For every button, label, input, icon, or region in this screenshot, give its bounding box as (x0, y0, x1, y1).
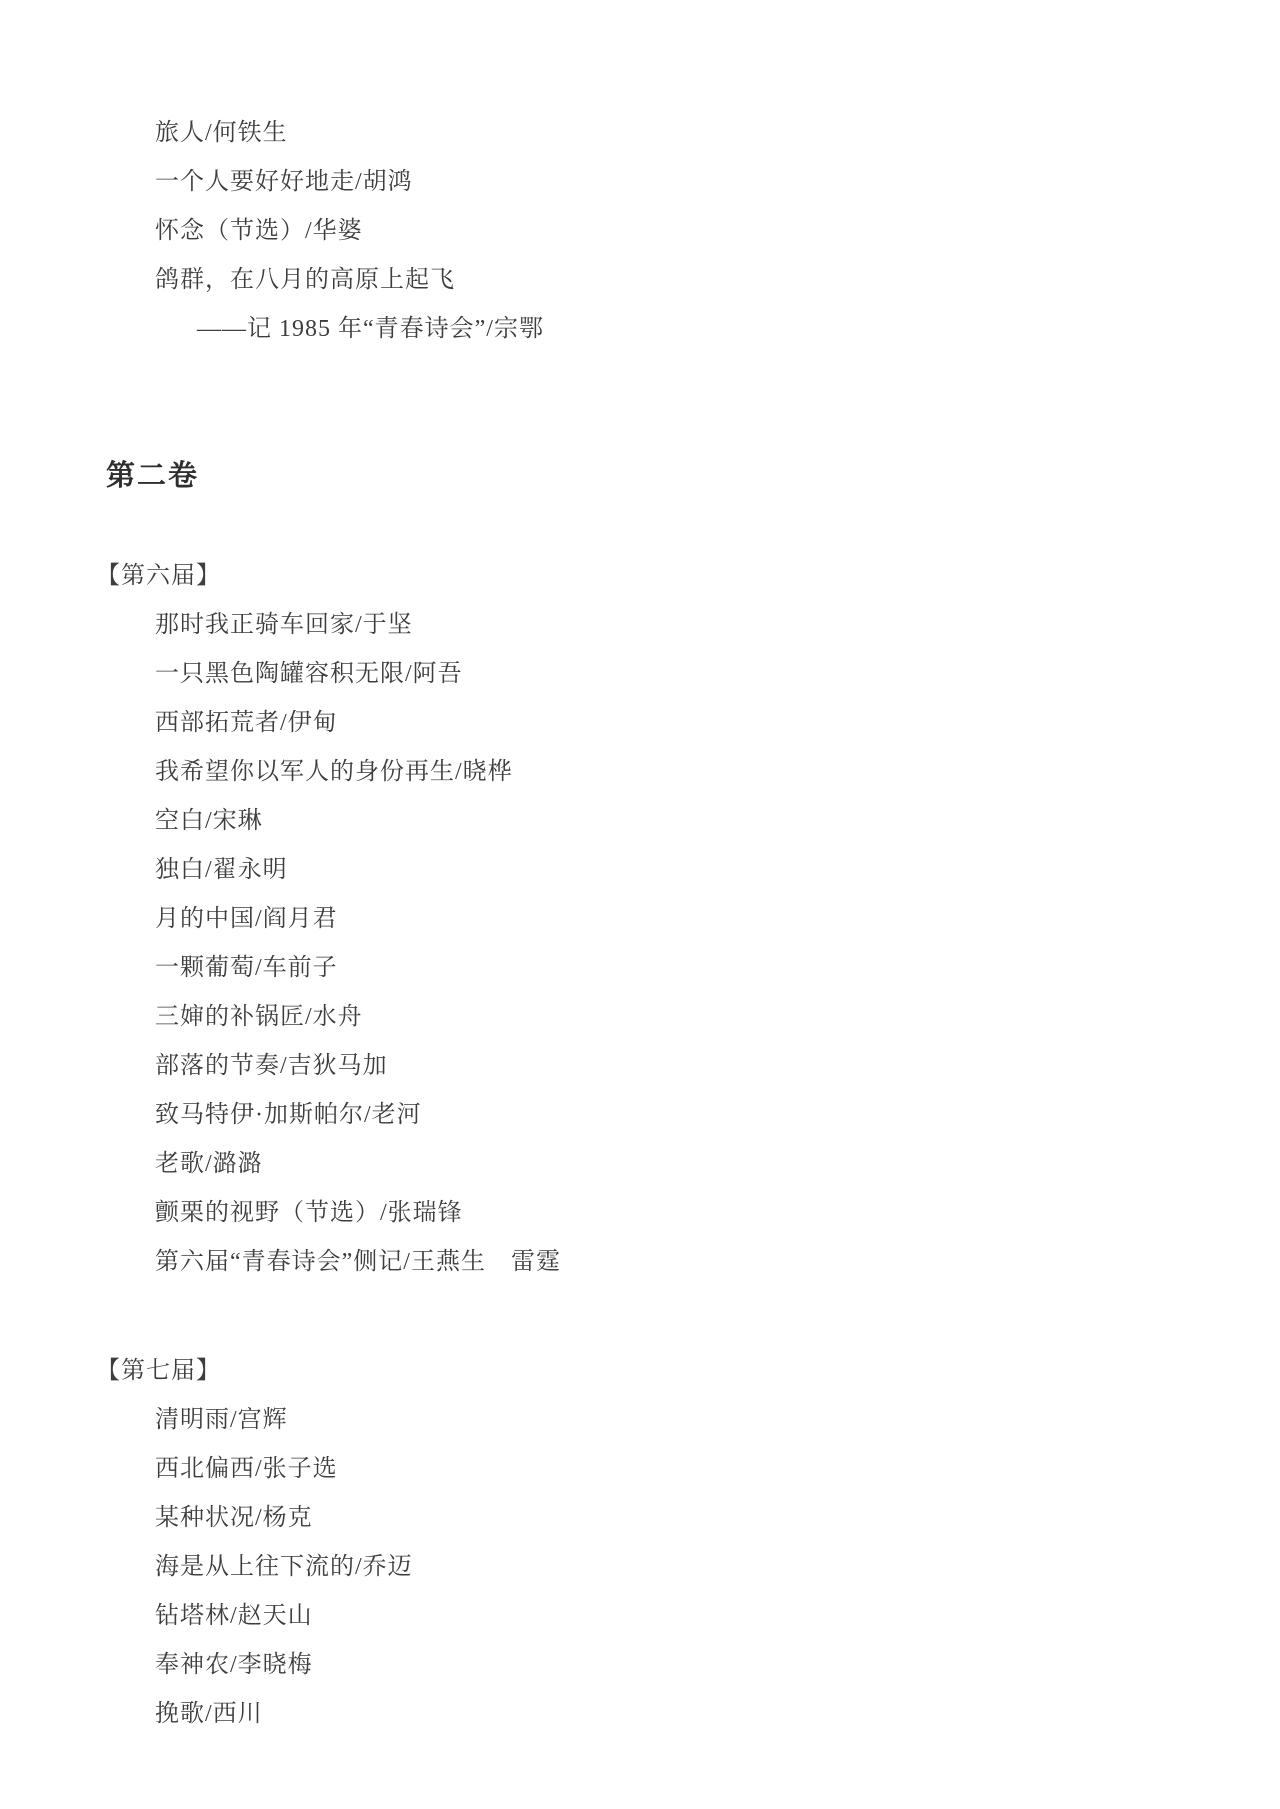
toc-entry: 一只黑色陶罐容积无限/阿吾 (155, 650, 1200, 699)
toc-entry: 那时我正骑车回家/于坚 (155, 601, 1200, 650)
toc-entry: 第六届“青春诗会”侧记/王燕生 雷霆 (155, 1238, 1200, 1287)
toc-entry: 挽歌/西川 (155, 1690, 1200, 1739)
section-label-sixth: 【第六届】 (96, 552, 1200, 601)
toc-section-seventh: 【第七届】 清明雨/宫辉 西北偏西/张子选 某种状况/杨克 海是从上往下流的/乔… (100, 1347, 1200, 1739)
toc-entry: 清明雨/宫辉 (155, 1396, 1200, 1445)
volume-heading: 第二卷 (106, 455, 1200, 497)
toc-entry-dedication: ——记 1985 年“青春诗会”/宗鄂 (197, 305, 1200, 354)
toc-entry: 钻塔林/赵天山 (155, 1592, 1200, 1641)
toc-entry: 老歌/潞潞 (155, 1140, 1200, 1189)
toc-entry: 一颗葡萄/车前子 (155, 944, 1200, 993)
toc-carryover-block: 旅人/何铁生 一个人要好好地走/胡鸿 怀念（节选）/华婆 鸽群，在八月的高原上起… (100, 109, 1200, 354)
toc-entry: 海是从上往下流的/乔迈 (155, 1543, 1200, 1592)
section-label-seventh: 【第七届】 (96, 1347, 1200, 1396)
toc-entry: 三婶的补锅匠/水舟 (155, 993, 1200, 1042)
toc-entry: 怀念（节选）/华婆 (155, 207, 1200, 256)
toc-entry: 致马特伊·加斯帕尔/老河 (155, 1091, 1200, 1140)
toc-section-sixth: 【第六届】 那时我正骑车回家/于坚 一只黑色陶罐容积无限/阿吾 西部拓荒者/伊甸… (100, 552, 1200, 1287)
toc-entry: 一个人要好好地走/胡鸿 (155, 158, 1200, 207)
toc-entry: 部落的节奏/吉狄马加 (155, 1042, 1200, 1091)
toc-entry: 空白/宋琳 (155, 797, 1200, 846)
toc-entry: 鸽群，在八月的高原上起飞 (155, 256, 1200, 305)
toc-entry: 我希望你以军人的身份再生/晓桦 (155, 748, 1200, 797)
toc-entry: 颤栗的视野（节选）/张瑞锋 (155, 1189, 1200, 1238)
toc-entry: 月的中国/阎月君 (155, 895, 1200, 944)
toc-entry: 独白/翟永明 (155, 846, 1200, 895)
toc-entry: 奉神农/李晓梅 (155, 1641, 1200, 1690)
toc-entry: 旅人/何铁生 (155, 109, 1200, 158)
toc-entry: 西北偏西/张子选 (155, 1445, 1200, 1494)
toc-entry: 某种状况/杨克 (155, 1494, 1200, 1543)
document-page: 旅人/何铁生 一个人要好好地走/胡鸿 怀念（节选）/华婆 鸽群，在八月的高原上起… (0, 0, 1280, 1809)
toc-entry: 西部拓荒者/伊甸 (155, 699, 1200, 748)
